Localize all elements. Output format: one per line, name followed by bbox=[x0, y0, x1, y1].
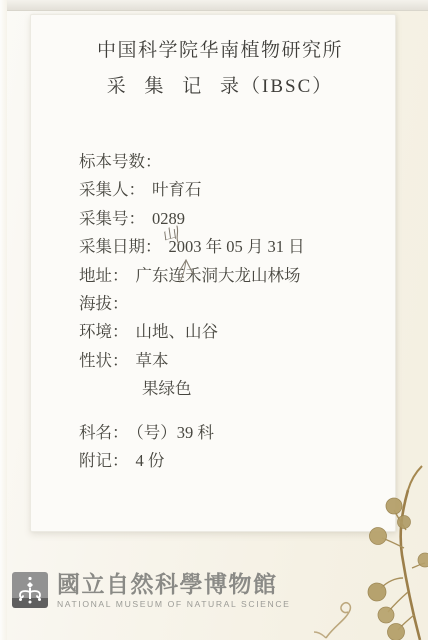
museum-name-zh: 國立自然科學博物館 bbox=[57, 571, 290, 597]
field-row-address: 地址：广东连禾洞大龙山林场 bbox=[79, 262, 375, 290]
field-row-environment: 环境：山地、山谷 bbox=[79, 318, 375, 346]
field-row-specimen-number: 标本号数： bbox=[79, 148, 375, 176]
institute-title: 中国科学院华南植物研究所 bbox=[79, 35, 361, 62]
field-row-collector: 采集人：叶育石 bbox=[79, 176, 375, 204]
record-title: 采 集 记 录（IBSC） bbox=[79, 71, 361, 98]
photo-top-edge bbox=[0, 0, 428, 11]
field-row-altitude: 海拔： bbox=[79, 290, 375, 318]
museum-logo-icon bbox=[12, 572, 48, 608]
field-row-characteristics: 性状：草本 bbox=[79, 347, 375, 375]
field-row-collection-date: 采集日期：2003 年 05 月 31 日 bbox=[79, 233, 375, 261]
museum-name-en: NATIONAL MUSEUM OF NATURAL SCIENCE bbox=[57, 599, 290, 609]
museum-name-block: 國立自然科學博物館 NATIONAL MUSEUM OF NATURAL SCI… bbox=[57, 571, 290, 617]
photo-left-edge bbox=[0, 0, 7, 640]
field-list: 标本号数： 采集人：叶育石 采集号：0289 采集日期：2003 年 05 月 … bbox=[79, 148, 375, 475]
herbarium-photo: 中国科学院华南植物研究所 采 集 记 录（IBSC） 标本号数： 采集人：叶育石… bbox=[0, 0, 428, 640]
museum-footer: 國立自然科學博物館 NATIONAL MUSEUM OF NATURAL SCI… bbox=[12, 571, 332, 617]
field-row-notes: 附记：4 份 bbox=[79, 447, 375, 475]
plant-emblem-icon bbox=[12, 572, 48, 608]
collection-label-sheet: 中国科学院华南植物研究所 采 集 记 录（IBSC） 标本号数： 采集人：叶育石… bbox=[30, 14, 396, 532]
field-row-fruit-color: 果绿色 bbox=[79, 375, 375, 403]
field-row-collection-number: 采集号：0289 bbox=[79, 205, 375, 233]
field-row-family-name: 科名：（号）39 科 bbox=[79, 419, 375, 447]
